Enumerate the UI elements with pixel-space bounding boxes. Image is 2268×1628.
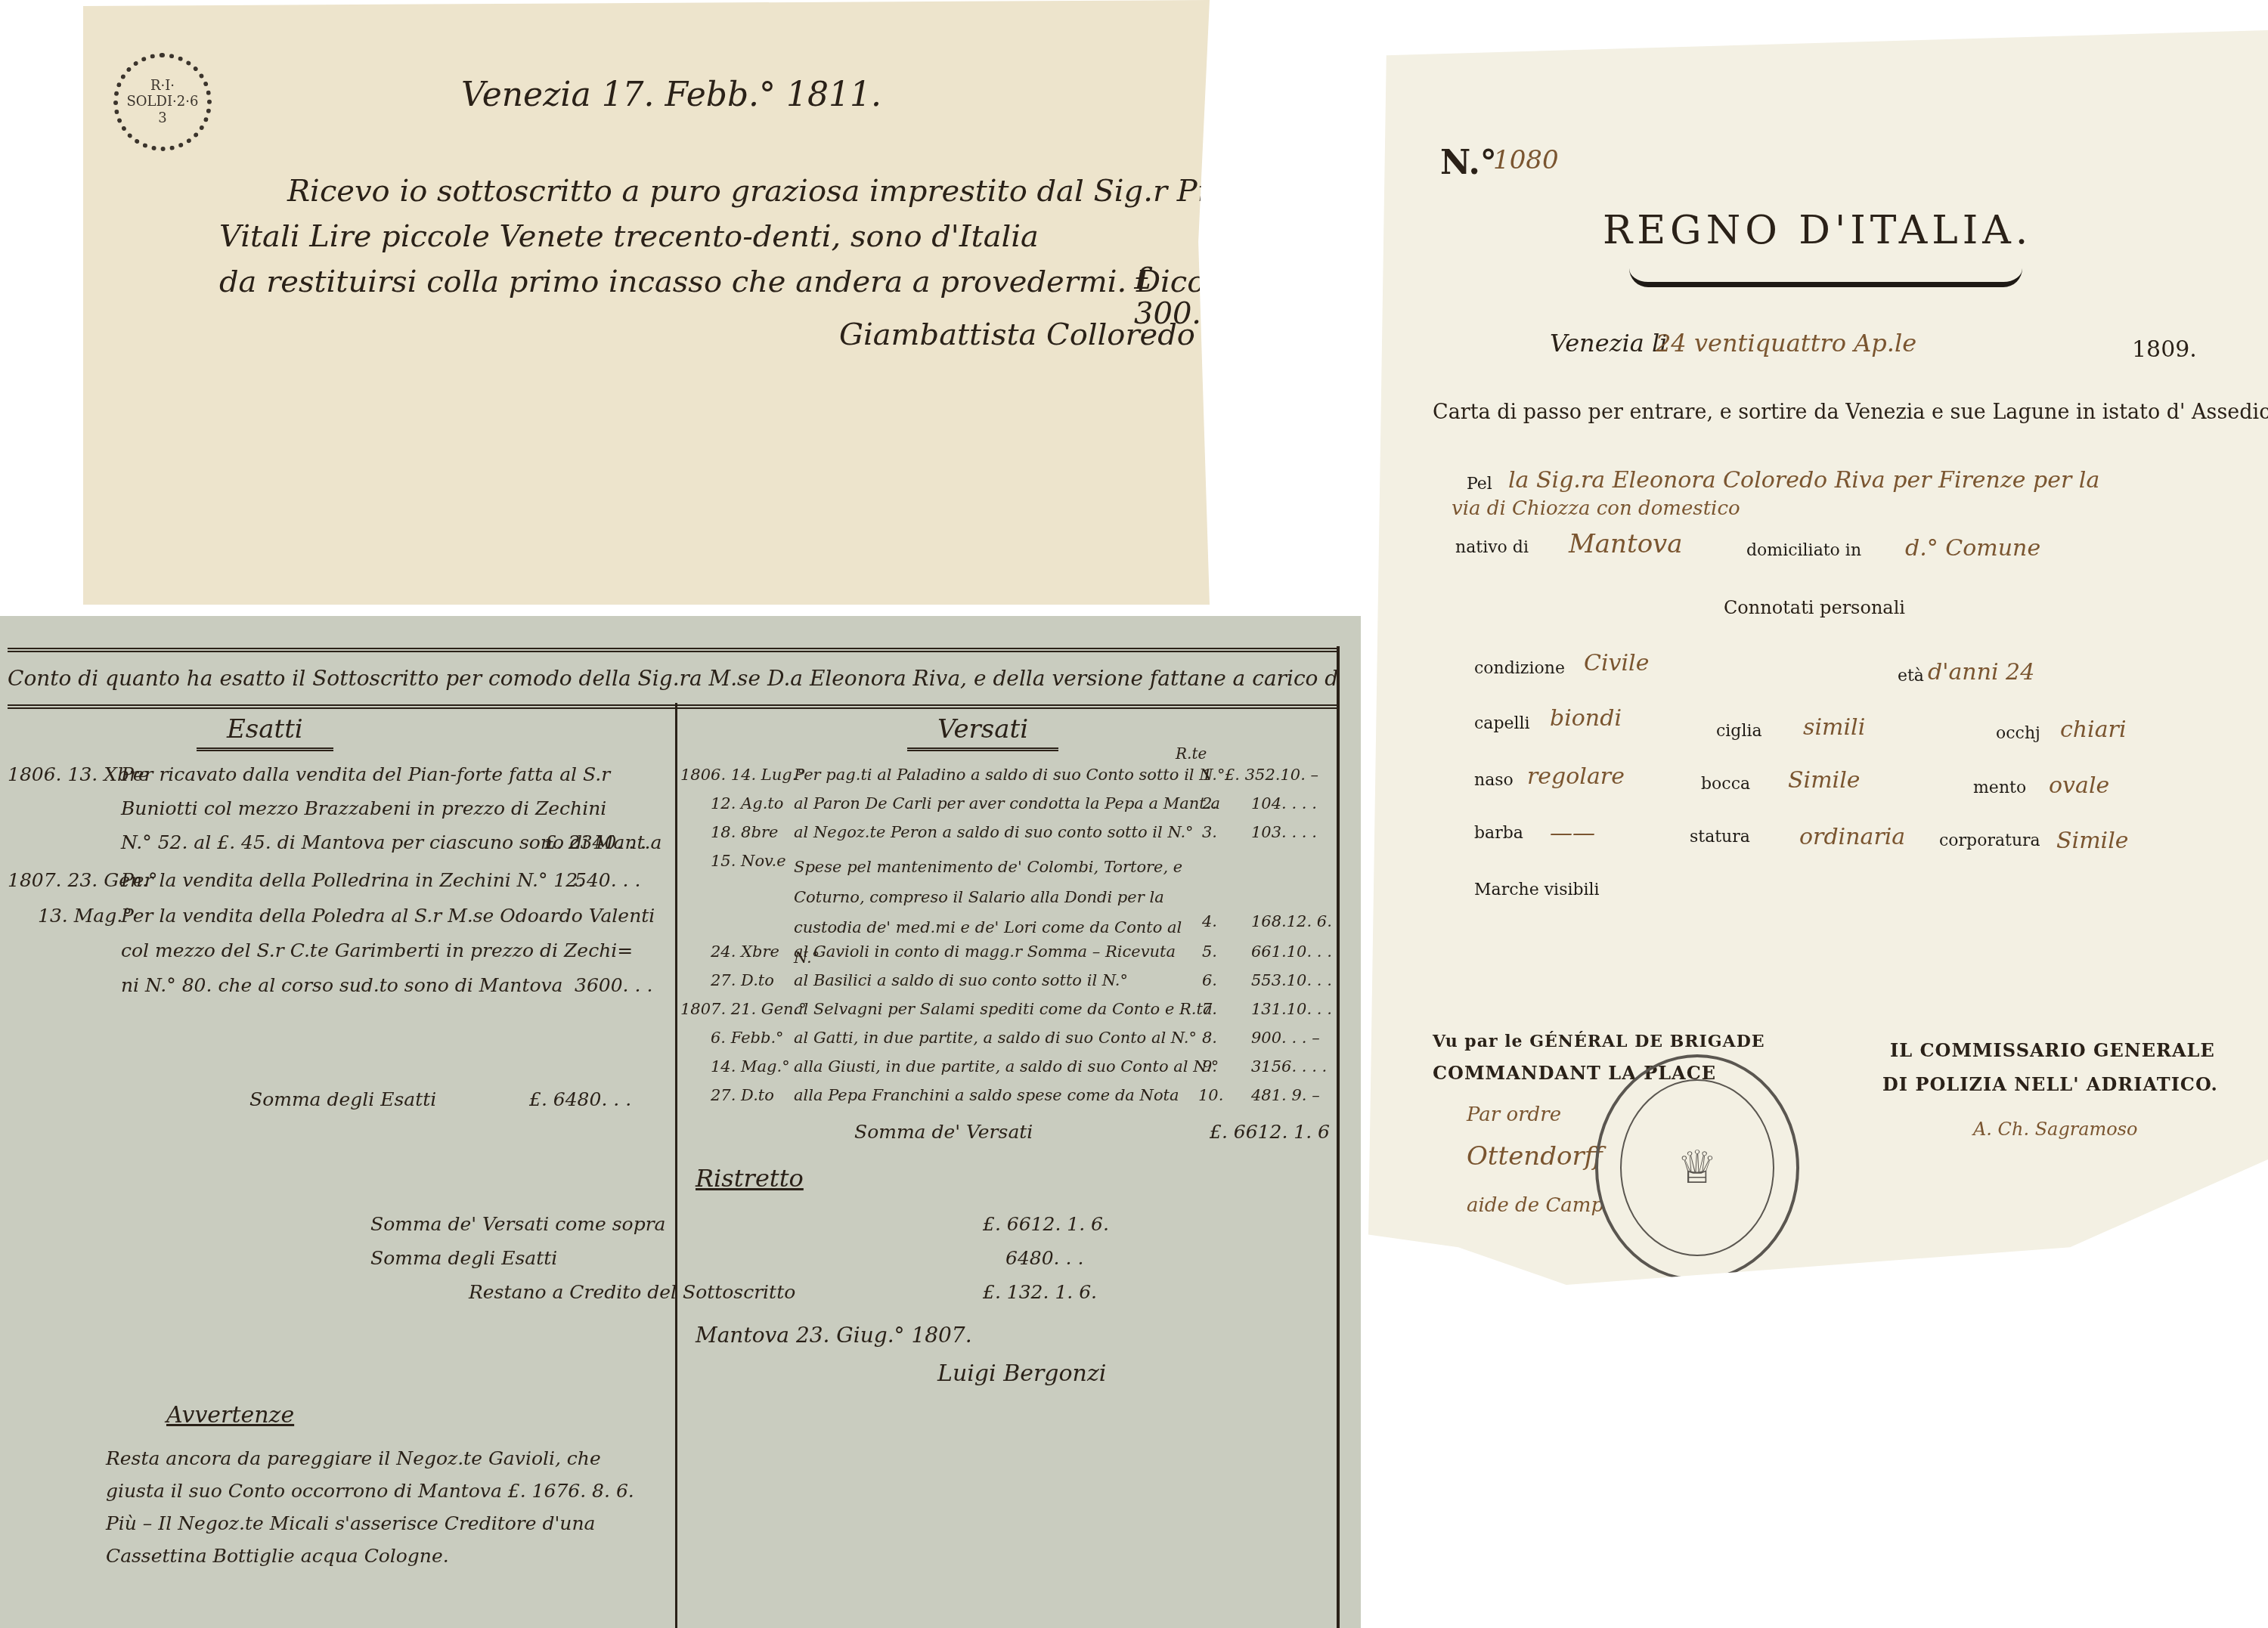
versati-date: 27. D.to: [711, 971, 774, 989]
eta-label: età: [1898, 667, 1924, 686]
versati-ric: 5.: [1202, 942, 1217, 961]
letter-date: Venezia 17. Febb.° 1811.: [461, 76, 881, 114]
commissario-line-1: IL COMMISSARIO GENERALE: [1890, 1039, 2215, 1061]
versati-amount: £. 352.10. –: [1225, 766, 1318, 784]
letter-line: Ricevo io sottoscritto a puro graziosa i…: [287, 174, 1342, 209]
esatti-text: ni N.° 80. che al corso sud.to sono di M…: [121, 974, 563, 996]
statura-value: ordinaria: [1799, 824, 1905, 850]
tax-stamp: R·I· SOLDI·2·6 3: [113, 53, 212, 151]
ristretto-heading: Ristretto: [696, 1164, 804, 1193]
ristretto-signature: Luigi Bergonzi: [937, 1360, 1106, 1387]
versati-ric: 8.: [1202, 1029, 1217, 1047]
versati-amount: 481. 9. –: [1251, 1086, 1320, 1104]
travel-pass: N.° 1080 REGNO D'ITALIA. Venezia li 24 v…: [1368, 30, 2268, 1285]
general-sign-1: Par ordre: [1467, 1103, 1561, 1126]
versati-ric: 1: [1202, 766, 1212, 784]
versati-amount: 103. . . .: [1251, 823, 1317, 841]
pass-number: 1080: [1493, 145, 1559, 175]
esatti-total-label: Somma degli Esatti: [249, 1088, 436, 1110]
commissario-signature: A. Ch. Sagramoso: [1973, 1119, 2138, 1140]
account-ledger: Conto di quanto ha esatto il Sottoscritt…: [0, 616, 1361, 1628]
esatti-date: 13. Mag.°: [38, 905, 132, 927]
ledger-border: [1337, 646, 1340, 1628]
domiciliato-value: d.° Comune: [1905, 535, 2040, 562]
marche-label: Marche visibili: [1474, 881, 1600, 899]
statura-label: statura: [1690, 828, 1750, 846]
versati-amount: 131.10. . .: [1251, 1000, 1332, 1018]
general-sign-2: Ottendorff: [1467, 1141, 1603, 1171]
ristretto-amount: £. 132. 1. 6.: [983, 1281, 1097, 1303]
versati-date: 27. D.to: [711, 1086, 774, 1104]
occhi-value: chiari: [2060, 717, 2127, 743]
esatti-amount: £. 2340. . .: [544, 831, 646, 853]
corporatura-value: Simile: [2056, 828, 2129, 854]
naso-label: naso: [1474, 771, 1514, 790]
versati-ric: 7.: [1202, 1000, 1217, 1018]
ristretto-label: Somma de' Versati come sopra: [370, 1213, 666, 1235]
versati-ric: 2.: [1202, 794, 1217, 812]
title-brace-ornament: [1629, 268, 2022, 287]
versati-ric: 3.: [1202, 823, 1217, 841]
naso-value: regolare: [1527, 763, 1625, 790]
versati-total-label: Somma de' Versati: [854, 1121, 1033, 1143]
esatti-text: Per ricavato dalla vendita del Pian-fort…: [121, 763, 610, 785]
ciglia-label: ciglia: [1716, 722, 1762, 741]
pass-purpose: Carta di passo per entrare, e sortire da…: [1433, 401, 2268, 424]
ristretto-amount: 6480. . .: [1005, 1247, 1083, 1269]
eta-value: d'anni 24: [1928, 659, 2034, 686]
versati-ric: 4.: [1202, 912, 1217, 930]
avvertenze-line: Più – Il Negoz.te Micali s'asserisce Cre…: [106, 1512, 595, 1534]
versati-amount: 661.10. . .: [1251, 942, 1332, 961]
versati-date: 14. Mag.°: [711, 1057, 790, 1076]
occhi-label: occhj: [1996, 724, 2040, 743]
versati-text: al Gatti, in due partite, a saldo di suo…: [794, 1029, 1197, 1047]
versati-date: 15. Nov.e: [711, 852, 786, 870]
versati-amount: 104. . . .: [1251, 794, 1317, 812]
versati-total: £. 6612. 1. 6: [1210, 1121, 1330, 1143]
versati-date: 24. Xbre: [711, 942, 779, 961]
mento-value: ovale: [2049, 772, 2109, 799]
commissario-line-2: DI POLIZIA NELL' ADRIATICO.: [1882, 1073, 2218, 1095]
ristretto-label: Somma degli Esatti: [370, 1247, 557, 1269]
versati-ric: 6.: [1202, 971, 1217, 989]
avvertenze-line: giusta il suo Conto occorrono di Mantova…: [106, 1480, 634, 1502]
letter-line: Vitali Lire piccole Venete trecento-dent…: [219, 219, 1039, 254]
barba-value: ——: [1550, 820, 1595, 846]
pass-title: REGNO D'ITALIA.: [1603, 208, 2032, 253]
police-seal: ♕: [1595, 1054, 1799, 1281]
versati-heading: Versati: [907, 714, 1058, 751]
bocca-value: Simile: [1788, 767, 1861, 794]
general-sign-3: aide de Camp: [1467, 1194, 1603, 1217]
versati-date: 1807. 21. Gen.°: [680, 1000, 807, 1018]
ledger-title: Conto di quanto ha esatto il Sottoscritt…: [8, 648, 1338, 709]
barba-label: barba: [1474, 824, 1523, 843]
capelli-value: biondi: [1550, 705, 1622, 732]
general-line-1: Vu par le GÉNÉRAL DE BRIGADE: [1433, 1032, 1765, 1051]
domiciliato-label: domiciliato in: [1746, 541, 1861, 560]
capelli-label: capelli: [1474, 714, 1530, 733]
pass-number-label: N.°: [1440, 144, 1497, 182]
versati-text: al Negoz.te Peron a saldo di suo conto s…: [794, 823, 1194, 841]
versati-amount: 900. . . –: [1251, 1029, 1320, 1047]
avvertenze-heading: Avvertenze: [166, 1402, 294, 1428]
versati-date: 1806. 14. Lug.°: [680, 766, 805, 784]
versati-text: alla Giusti, in due partite, a saldo di …: [794, 1057, 1219, 1076]
versati-date: 18. 8bre: [711, 823, 778, 841]
esatti-heading: Esatti: [197, 714, 333, 751]
versati-text: al Basilici a saldo di suo conto sotto i…: [794, 971, 1128, 989]
stamp-line-3: 3: [158, 110, 166, 127]
column-divider: [675, 703, 677, 1628]
esatti-total: £. 6480. . .: [529, 1088, 631, 1110]
ricevuta-header: R.te: [1176, 744, 1207, 763]
connotati-heading: Connotati personali: [1724, 597, 1905, 618]
esatti-text: Buniotti col mezzo Brazzabeni in prezzo …: [121, 797, 606, 819]
bocca-label: bocca: [1701, 775, 1750, 794]
esatti-text: Per la vendita della Polledrina in Zechi…: [121, 869, 584, 891]
stamp-line-1: R·I·: [150, 78, 175, 94]
nativo-label: nativo di: [1455, 538, 1529, 557]
versati-text: al Gavioli in conto di magg.r Somma – Ri…: [794, 942, 1176, 961]
eagle-crown-icon: ♕: [1620, 1079, 1774, 1256]
avvertenze-line: Resta ancora da pareggiare il Negoz.te G…: [106, 1447, 601, 1469]
pass-date-label: Venezia li: [1550, 329, 1667, 357]
versati-date: 6. Febb.°: [711, 1029, 784, 1047]
corporatura-label: corporatura: [1939, 831, 2040, 850]
pel-value: la Sig.ra Eleonora Coloredo Riva per Fir…: [1508, 467, 2099, 494]
nativo-value: Mantova: [1569, 529, 1683, 559]
pass-year: 1809.: [2132, 336, 2197, 363]
esatti-amount: 540. . .: [575, 869, 640, 891]
pel-value-2: via di Chiozza con domestico: [1452, 497, 1740, 520]
condizione-value: Civile: [1584, 650, 1649, 676]
versati-text: al Paron De Carli per aver condotta la P…: [794, 794, 1220, 812]
versati-text: al Selvagni per Salami spediti come da C…: [794, 1000, 1212, 1018]
receipt-letter: R·I· SOLDI·2·6 3 Venezia 17. Febb.° 1811…: [83, 0, 1210, 605]
versati-text: alla Pepa Franchini a saldo spese come d…: [794, 1086, 1179, 1104]
esatti-text: col mezzo del S.r C.te Garimberti in pre…: [121, 939, 633, 961]
esatti-text: Per la vendita della Poledra al S.r M.se…: [121, 905, 655, 927]
versati-amount: 553.10. . .: [1251, 971, 1332, 989]
versati-ric: 10.: [1198, 1086, 1223, 1104]
condizione-label: condizione: [1474, 659, 1565, 678]
versati-date: 12. Ag.to: [711, 794, 783, 812]
esatti-amount: 3600. . .: [575, 974, 652, 996]
pel-label: Pel: [1467, 475, 1492, 494]
ristretto-label: Restano a Credito del Sottoscritto: [469, 1281, 795, 1303]
versati-text: Per pag.ti al Paladino a saldo di suo Co…: [794, 766, 1225, 784]
versati-amount: 168.12. 6.: [1251, 912, 1332, 930]
letter-signature: Giambattista Colloredo: [839, 317, 1195, 352]
ciglia-value: simili: [1803, 714, 1865, 741]
versati-ric: 9.: [1202, 1057, 1217, 1076]
ristretto-amount: £. 6612. 1. 6.: [983, 1213, 1109, 1235]
avvertenze-line: Cassettina Bottiglie acqua Cologne.: [106, 1545, 449, 1567]
pass-date-value: 24 ventiquattro Ap.le: [1656, 329, 1916, 357]
ristretto-place-date: Mantova 23. Giug.° 1807.: [696, 1323, 972, 1348]
versati-amount: 3156. . . .: [1251, 1057, 1327, 1076]
stamp-line-2: SOLDI·2·6: [127, 94, 199, 110]
mento-label: mento: [1973, 778, 2026, 797]
